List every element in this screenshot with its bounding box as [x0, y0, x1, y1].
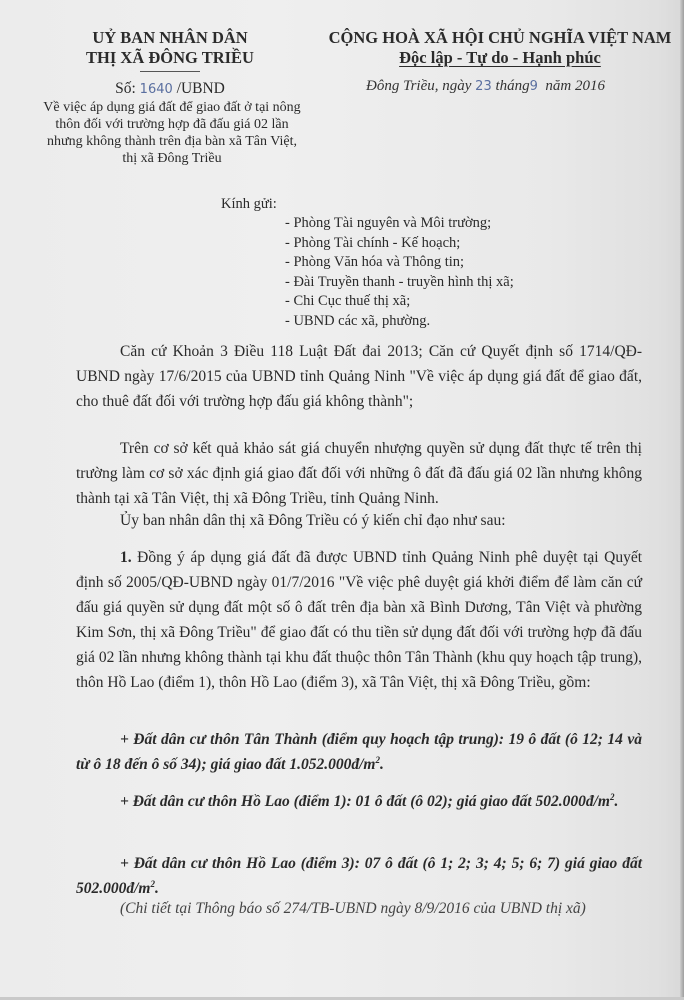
land-item-ho-lao-1: + Đất dân cư thôn Hồ Lao (điểm 1): 01 ô … — [76, 789, 642, 814]
paragraph-legal-basis: Căn cứ Khoản 3 Điều 118 Luật Đất đai 201… — [76, 339, 642, 414]
recipients-label: Kính gửi: — [221, 196, 277, 213]
national-motto: Độc lập - Tự do - Hạnh phúc — [399, 48, 601, 67]
recipient-item: - Phòng Văn hóa và Thông tin; — [285, 253, 514, 273]
recipient-item: - Đài Truyền thanh - truyền hình thị xã; — [285, 273, 514, 293]
dateline-day: 23 — [475, 79, 492, 94]
recipients-list: - Phòng Tài nguyên và Môi trường; - Phòn… — [285, 214, 514, 331]
issuer-underline — [140, 71, 200, 72]
recipient-item: - Phòng Tài nguyên và Môi trường; — [285, 214, 514, 234]
land-item-end: . — [155, 880, 159, 897]
number-suffix: /UBND — [177, 80, 225, 97]
paragraph-survey-basis: Trên cơ sở kết quả khảo sát giá chuyển n… — [76, 436, 642, 511]
national-header: CỘNG HOÀ XÃ HỘI CHỦ NGHĨA VIỆT NAM Độc l… — [320, 28, 680, 68]
paragraph-item-1: 1. Đồng ý áp dụng giá đất đã được UBND t… — [76, 545, 642, 695]
page-edge-shadow — [680, 0, 684, 1000]
dateline-prefix: Đông Triều, ngày — [366, 78, 471, 94]
dateline-month: 9 — [530, 79, 538, 94]
reference-note: (Chi tiết tại Thông báo số 274/TB-UBND n… — [76, 896, 642, 921]
issuer-line-1: UỶ BAN NHÂN DÂN — [60, 28, 280, 48]
land-item-ho-lao-3: + Đất dân cư thôn Hồ Lao (điểm 3): 07 ô … — [76, 851, 642, 901]
national-title: CỘNG HOÀ XÃ HỘI CHỦ NGHĨA VIỆT NAM — [320, 28, 680, 48]
land-item-tan-thanh: + Đất dân cư thôn Tân Thành (điểm quy ho… — [76, 727, 642, 777]
document-number: Số: 1640 /UBND — [60, 80, 280, 98]
document-subject: Về việc áp dụng giá đất để giao đất ở tạ… — [40, 99, 304, 167]
land-item-text: + Đất dân cư thôn Hồ Lao (điểm 1): 01 ô … — [120, 793, 610, 810]
land-item-text: + Đất dân cư thôn Tân Thành (điểm quy ho… — [76, 731, 642, 773]
item-number: 1. — [120, 549, 132, 566]
land-item-end: . — [380, 756, 384, 773]
recipient-item: - Chi Cục thuế thị xã; — [285, 292, 514, 312]
number-prefix: Số: — [115, 80, 136, 97]
recipient-item: - Phòng Tài chính - Kế hoạch; — [285, 234, 514, 254]
item-1-text: Đồng ý áp dụng giá đất đã được UBND tỉnh… — [76, 549, 642, 691]
dateline: Đông Triều, ngày 23 tháng9 năm 2016 — [366, 78, 605, 95]
land-item-end: . — [615, 793, 619, 810]
dateline-year: năm 2016 — [545, 78, 605, 94]
issuer-line-2: THỊ XÃ ĐÔNG TRIỀU — [60, 48, 280, 68]
number-handwritten: 1640 — [140, 82, 173, 97]
recipient-item: - UBND các xã, phường. — [285, 312, 514, 332]
land-item-text: + Đất dân cư thôn Hồ Lao (điểm 3): 07 ô … — [76, 855, 642, 897]
issuer-header: UỶ BAN NHÂN DÂN THỊ XÃ ĐÔNG TRIỀU — [60, 28, 280, 72]
dateline-month-label: tháng — [495, 78, 529, 94]
document-page: UỶ BAN NHÂN DÂN THỊ XÃ ĐÔNG TRIỀU CỘNG H… — [0, 0, 684, 1000]
paragraph-directive-intro: Ủy ban nhân dân thị xã Đông Triều có ý k… — [76, 508, 642, 533]
